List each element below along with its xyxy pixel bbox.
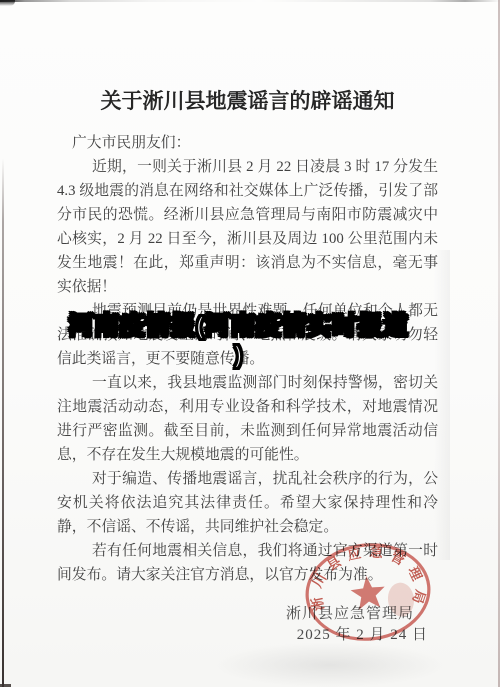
left-edge-line <box>2 158 4 687</box>
paragraph-3: 一直以来，我县地震监测部门时刻保持警惕，密切关注地震活动动态，利用专业设备和科学… <box>57 371 438 467</box>
official-seal: 淅川县应急管理局 <box>297 534 439 649</box>
caption-line-1: 河南疫情报(河南疫情实时报道 <box>0 312 477 341</box>
top-edge-line <box>0 0 500 2</box>
paper-shadow-bottom <box>215 643 445 687</box>
salutation: 广大市民朋友们： <box>57 131 438 155</box>
caption-line-2: ) <box>0 341 477 370</box>
top-left-corner-mark <box>0 0 15 6</box>
notice-title: 关于淅川县地震谣言的辟谣通知 <box>57 88 438 114</box>
paragraph-4: 对于编造、传播地震谣言，扰乱社会秩序的行为，公安机关将依法追究其法律责任。希望大… <box>57 467 438 539</box>
overlay-caption: 河南疫情报(河南疫情实时报道 ) <box>0 312 477 370</box>
seal-star-icon <box>349 574 386 610</box>
paragraph-1: 近期，一则关于淅川县 2 月 22 日凌晨 3 时 17 分发生 4.3 级地震… <box>57 155 438 299</box>
notice-photo: 关于淅川县地震谣言的辟谣通知 广大市民朋友们： 近期，一则关于淅川县 2 月 2… <box>0 0 500 687</box>
